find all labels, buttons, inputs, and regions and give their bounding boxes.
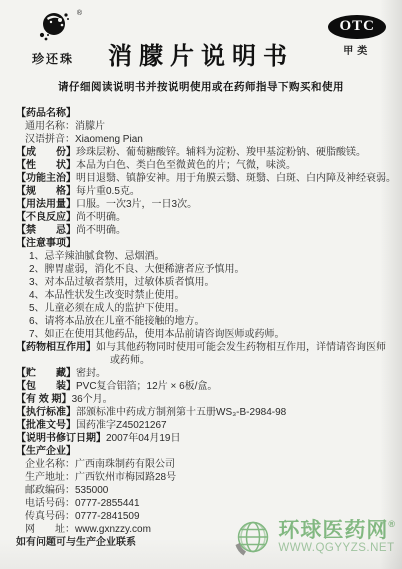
section-label: 【药品名称】 [16, 108, 76, 119]
watermark-registered-mark: ® [388, 519, 396, 529]
doc-line: 6、请将本品放在儿童不能接触的地方。 [29, 315, 394, 328]
doc-line: 【用法用量】口服。一次3片，一日3次。 [16, 198, 394, 211]
line-text: 珍珠层粉、葡萄糖酸锌。辅料为淀粉、羧甲基淀粉钠、硬脂酸镁。 [76, 147, 366, 158]
line-text: 电话号码：0777-2855441 [25, 498, 140, 509]
line-text: 如有问题可与生产企业联系 [16, 537, 136, 548]
section-label: 【注意事项】 [16, 238, 76, 249]
doc-line: 2、脾胃虚弱，消化不良、大便稀溏者应予慎用。 [29, 263, 394, 276]
page-subtitle: 请仔细阅读说明书并按说明使用或在药师指导下购买和使用 [0, 79, 402, 94]
line-text: 或药师。 [110, 355, 150, 366]
doc-line: 【药品名称】 [16, 107, 394, 120]
doc-line: 【性 状】本品为白色、类白色至微黄色的片；气微，味淡。 [16, 159, 394, 172]
doc-line: 【注意事项】 [16, 237, 394, 250]
line-text: 4、本品性状发生改变时禁止使用。 [29, 290, 185, 301]
doc-line: 或药师。 [110, 354, 394, 367]
doc-line: 1、忌辛辣油腻食物、忌烟酒。 [29, 250, 394, 263]
line-text: 企业名称：广西南珠制药有限公司 [25, 459, 175, 470]
section-label: 【禁 忌】 [16, 225, 76, 236]
line-text: 网 址：www.gxnzzy.com [25, 524, 151, 535]
section-label: 【批准文号】 [16, 420, 76, 431]
leaflet-body: 【药品名称】 通用名称：消朦片 汉语拼音：Xiaomeng Pian 【成 份】… [16, 107, 394, 549]
doc-line: 【有 效 期】36个月。 [16, 393, 394, 406]
line-text: 口服。一次3片，一日3次。 [76, 199, 197, 210]
line-text: 传真号码：0777-2841509 [25, 511, 140, 522]
line-text: 通用名称：消朦片 [25, 121, 105, 132]
line-text: 尚不明确。 [76, 212, 126, 223]
registered-mark: ® [77, 10, 82, 17]
line-text: 1、忌辛辣油腻食物、忌烟酒。 [29, 251, 165, 262]
doc-line: 通用名称：消朦片 [25, 120, 394, 133]
doc-line: 【规 格】每片重0.5克。 [16, 185, 394, 198]
doc-line: 【批准文号】国药准字Z45021267 [16, 419, 394, 432]
line-text: 部颁标准中药成方制剂第十五册WS₃-B-2984-98 [76, 407, 286, 418]
globe-icon [233, 517, 273, 557]
line-text: 本品为白色、类白色至微黄色的片；气微，味淡。 [76, 160, 296, 171]
line-text: 2、脾胃虚弱，消化不良、大便稀溏者应予慎用。 [29, 264, 245, 275]
line-text: 尚不明确。 [76, 225, 126, 236]
watermark-site-name: 环球医药网® [278, 520, 396, 541]
section-label: 【包 装】 [16, 381, 76, 392]
line-text: 邮政编码：535000 [25, 485, 108, 496]
line-text: 3、对本品过敏者禁用，过敏体质者慎用。 [29, 277, 215, 288]
doc-line: 4、本品性状发生改变时禁止使用。 [29, 289, 394, 302]
doc-line: 电话号码：0777-2855441 [25, 497, 394, 510]
doc-line: 【药物相互作用】如与其他药物同时使用可能会发生药物相互作用，详情请咨询医师 [16, 341, 394, 354]
doc-line: 企业名称：广西南珠制药有限公司 [25, 458, 394, 471]
line-text: 密封。 [76, 368, 106, 379]
line-text: PVC复合铝箔；12片 × 6板/盒。 [76, 381, 217, 392]
section-label: 【说明书修订日期】 [16, 433, 106, 444]
doc-line: 生产地址：广西钦州市梅园路28号 [25, 471, 394, 484]
watermark-site-url: WWW.QGYYZS.NET [278, 543, 396, 555]
doc-line: 3、对本品过敏者禁用，过敏体质者慎用。 [29, 276, 394, 289]
line-text: 汉语拼音：Xiaomeng Pian [25, 134, 143, 145]
line-text: 6、请将本品放在儿童不能接触的地方。 [29, 316, 205, 327]
line-text: 2007年04月19日 [106, 433, 181, 444]
section-label: 【执行标准】 [16, 407, 76, 418]
section-label: 【规 格】 [16, 186, 76, 197]
doc-line: 7、如正在使用其他药品，使用本品前请咨询医师或药师。 [29, 328, 394, 341]
doc-line: 【包 装】PVC复合铝箔；12片 × 6板/盒。 [16, 380, 394, 393]
doc-line: 【贮 藏】密封。 [16, 367, 394, 380]
line-text: 明目退翳、镇静安神。用于角膜云翳、斑翳、白斑、白内障及神经衰弱。 [76, 173, 396, 184]
line-text: 生产地址：广西钦州市梅园路28号 [25, 472, 176, 483]
section-label: 【功能主治】 [16, 173, 76, 184]
page-title: 消朦片说明书 [0, 36, 402, 71]
section-label: 【生产企业】 [16, 446, 76, 457]
section-label: 【成 份】 [16, 147, 76, 158]
doc-line: 【成 份】珍珠层粉、葡萄糖酸锌。辅料为淀粉、羧甲基淀粉钠、硬脂酸镁。 [16, 146, 394, 159]
section-label: 【不良反应】 [16, 212, 76, 223]
doc-line: 【生产企业】 [16, 445, 394, 458]
section-label: 【贮 藏】 [16, 368, 76, 379]
doc-line: 【执行标准】部颁标准中药成方制剂第十五册WS₃-B-2984-98 [16, 406, 394, 419]
doc-line: 【不良反应】尚不明确。 [16, 211, 394, 224]
line-text: 如与其他药物同时使用可能会发生药物相互作用，详情请咨询医师 [96, 342, 386, 353]
doc-line: 邮政编码：535000 [25, 484, 394, 497]
line-text: 36个月。 [72, 394, 113, 405]
line-text: 每片重0.5克。 [76, 186, 140, 197]
line-text: 国药准字Z45021267 [76, 420, 167, 431]
doc-line: 汉语拼音：Xiaomeng Pian [25, 133, 394, 146]
watermark-name-text: 环球医药网 [278, 519, 388, 542]
doc-line: 5、儿童必须在成人的监护下使用。 [29, 302, 394, 315]
doc-line: 【说明书修订日期】2007年04月19日 [16, 432, 394, 445]
section-label: 【用法用量】 [16, 199, 76, 210]
section-label: 【有 效 期】 [16, 394, 72, 405]
line-text: 7、如正在使用其他药品，使用本品前请咨询医师或药师。 [29, 329, 285, 340]
line-text: 5、儿童必须在成人的监护下使用。 [29, 303, 185, 314]
doc-line: 【功能主治】明目退翳、镇静安神。用于角膜云翳、斑翳、白斑、白内障及神经衰弱。 [16, 172, 394, 185]
doc-line: 【禁 忌】尚不明确。 [16, 224, 394, 237]
section-label: 【药物相互作用】 [16, 342, 96, 353]
watermark: 环球医药网® WWW.QGYYZS.NET [233, 517, 396, 557]
leaflet-page: ® 珍还珠 OTC 甲类 消朦片说明书 请仔细阅读说明书并按说明使用或在药师指导… [0, 0, 402, 569]
section-label: 【性 状】 [16, 160, 76, 171]
